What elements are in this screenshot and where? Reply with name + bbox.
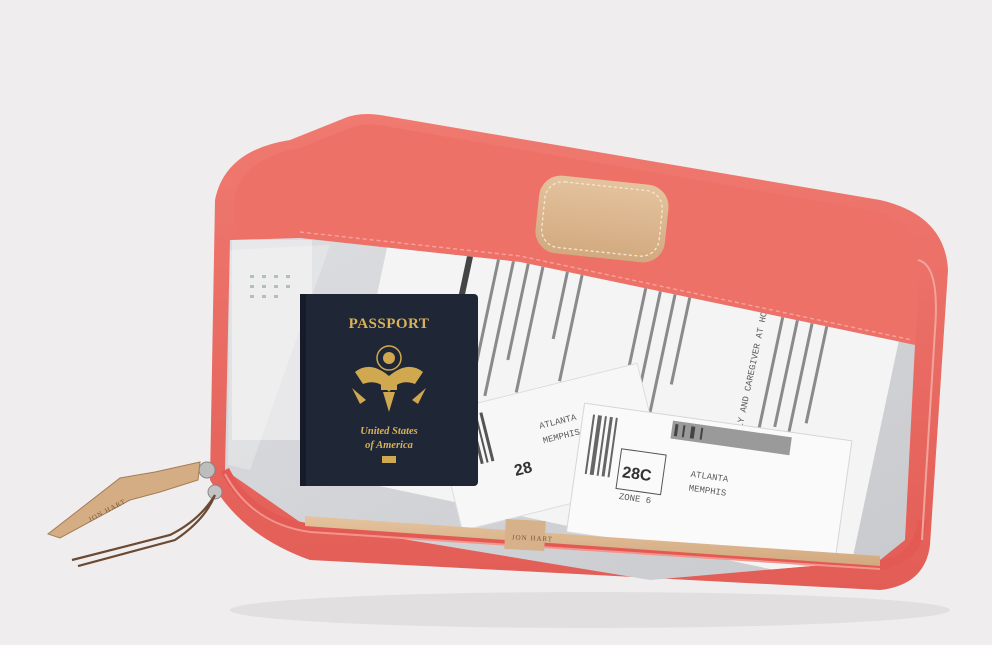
leather-patch xyxy=(533,173,670,264)
product-photo: ECKL FAMILY AND CAREGIVER AT HOME xyxy=(0,0,992,645)
zipper-pull[interactable]: JON HART xyxy=(48,462,222,566)
zipper-slider-icon[interactable] xyxy=(199,462,215,478)
passport: PASSPORT United States of America xyxy=(300,294,478,486)
passport-country-line1: United States xyxy=(360,426,417,437)
pouch: ECKL FAMILY AND CAREGIVER AT HOME xyxy=(210,114,948,590)
bag-shadow xyxy=(230,592,950,628)
passport-country-line2: of America xyxy=(365,440,413,451)
biometric-chip-icon xyxy=(382,456,396,463)
passport-title: PASSPORT xyxy=(349,316,430,332)
